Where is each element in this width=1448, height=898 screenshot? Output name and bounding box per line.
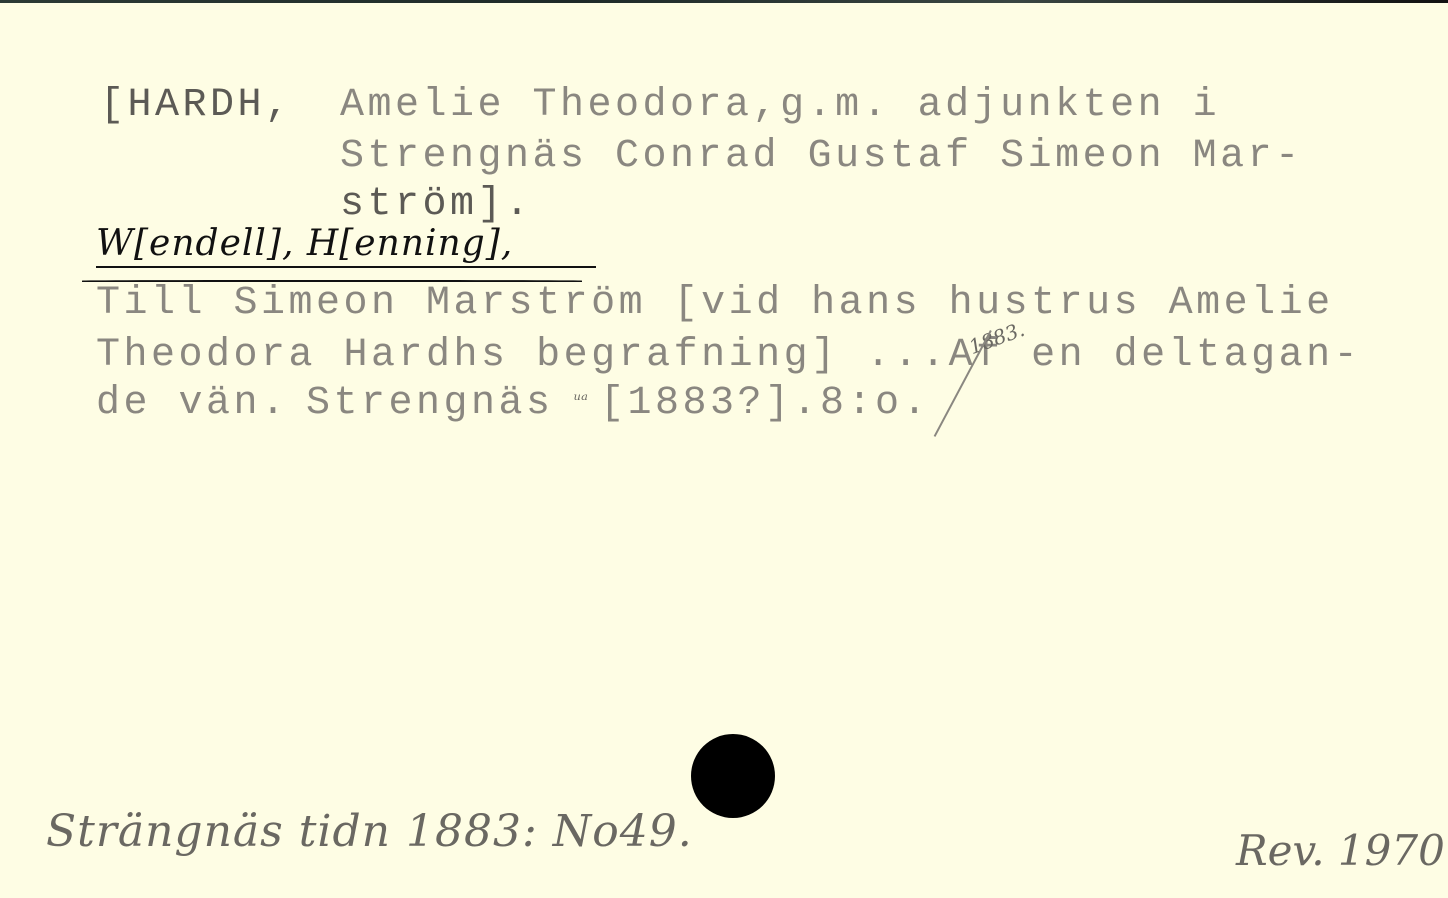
imprint-line-a: de vän. bbox=[96, 384, 289, 424]
title-line-2: Theodora Hardhs begrafning] ...Af en del… bbox=[96, 336, 1361, 376]
card-top-edge bbox=[0, 0, 1448, 3]
handwritten-author: W[endell], H[enning], bbox=[96, 226, 513, 262]
heading-surname: [HARDH, bbox=[100, 86, 293, 126]
footer-revision-note: Rev. 1970 bbox=[1236, 830, 1445, 872]
heading-line-1: Amelie Theodora,g.m. adjunkten i bbox=[340, 86, 1220, 126]
catalog-card: [HARDH, Amelie Theodora,g.m. adjunkten i… bbox=[0, 0, 1448, 898]
imprint-insert: ᵘᵃ bbox=[574, 392, 588, 410]
heading-line-3: ström]. bbox=[340, 185, 533, 225]
heading-line-2: Strengnäs Conrad Gustaf Simeon Mar- bbox=[340, 137, 1303, 177]
author-underline bbox=[96, 266, 596, 268]
footer-source-note: Strängnäs tidn 1883: No49. bbox=[46, 810, 693, 854]
punch-hole bbox=[691, 734, 775, 818]
imprint-date-format: [1883?].8:o. bbox=[600, 384, 930, 424]
imprint-place: Strengnäs bbox=[306, 384, 554, 424]
title-line-1: Till Simeon Marström [vid hans hustrus A… bbox=[96, 284, 1334, 324]
